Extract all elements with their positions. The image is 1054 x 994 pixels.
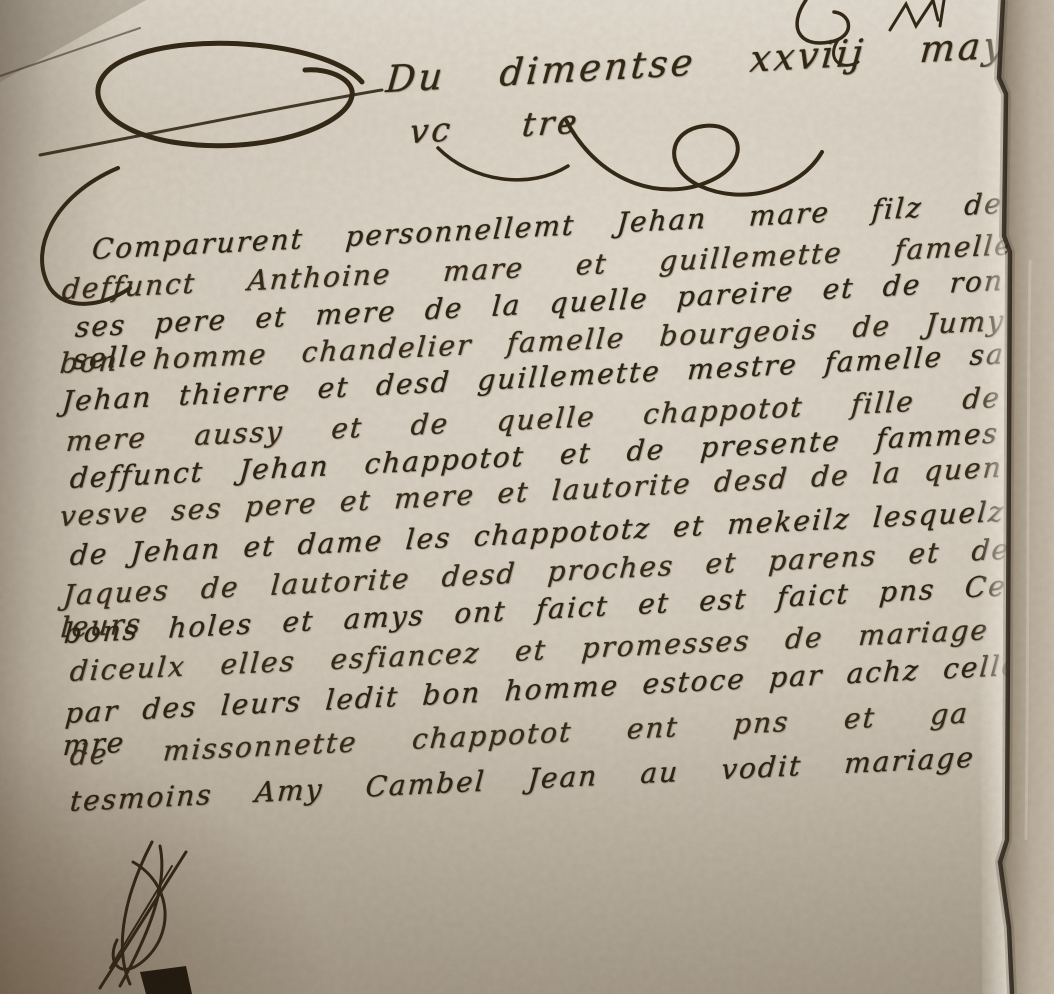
- manuscript-photo: Du dimentse xxviij may vc tre Comparuren…: [0, 0, 1054, 994]
